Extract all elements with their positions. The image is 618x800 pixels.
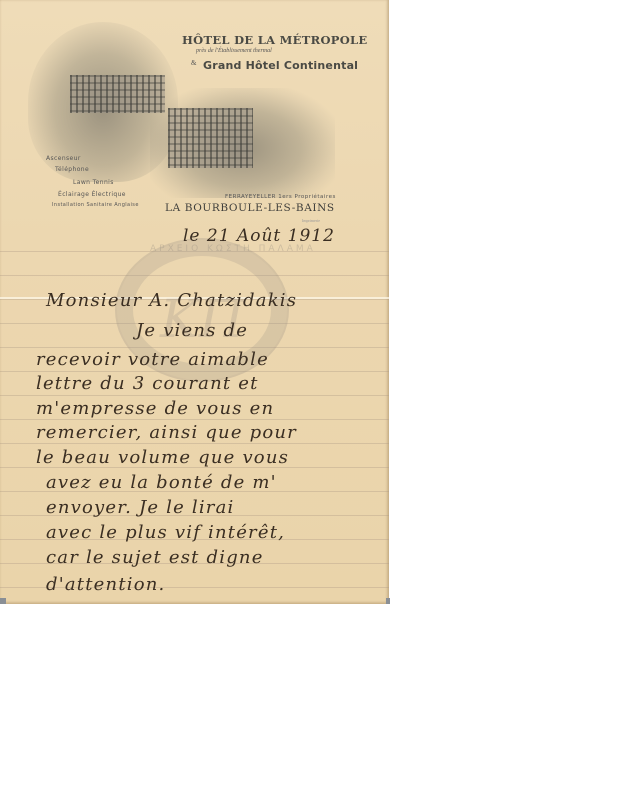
letter-line: d'attention. (46, 574, 165, 595)
connector: & (191, 59, 196, 67)
amenity: Téléphone (55, 166, 89, 173)
scan-corner (0, 598, 6, 604)
amenity: Ascenseur (46, 155, 81, 162)
amenity: Éclairage Électrique (58, 191, 126, 198)
scan-corner (386, 598, 390, 604)
letter-line: lettre du 3 courant et (36, 373, 259, 394)
letter-line: m'empresse de vous en (36, 398, 274, 419)
amenity: Lawn Tennis (73, 179, 114, 186)
place-name: LA BOURBOULE-LES-BAINS (165, 202, 335, 214)
proprietor: FERRAYEYELLER 1ers Propriétaires (225, 194, 336, 200)
letter-line: envoyer. Je le lirai (46, 497, 234, 518)
letter-line: recevoir votre aimable (36, 349, 269, 370)
hotel-subtitle: près de l'Établissement thermal (196, 48, 272, 54)
letter-date: le 21 Août 1912 (183, 226, 335, 246)
letter-line: avec le plus vif intérêt, (46, 522, 285, 543)
letter-page: HÔTEL DE LA MÉTROPOLE près de l'Établiss… (0, 0, 389, 604)
hotel-second-name: Grand Hôtel Continental (203, 59, 358, 72)
amenity: Installation Sanitaire Anglaise (52, 202, 139, 208)
printer-mark: Imprimerie (302, 218, 320, 223)
letter-line: remercier, ainsi que pour (36, 422, 297, 443)
salutation: Monsieur A. Chatzidakis (46, 290, 297, 311)
letter-line: le beau volume que vous (36, 447, 289, 468)
letter-line: avez eu la bonté de m' (46, 472, 277, 493)
hotel-name: HÔTEL DE LA MÉTROPOLE (182, 33, 368, 47)
letter-line: car le sujet est digne (46, 547, 264, 568)
letter-line: Je viens de (136, 320, 248, 341)
grand-hotel-continental-building (168, 108, 253, 168)
